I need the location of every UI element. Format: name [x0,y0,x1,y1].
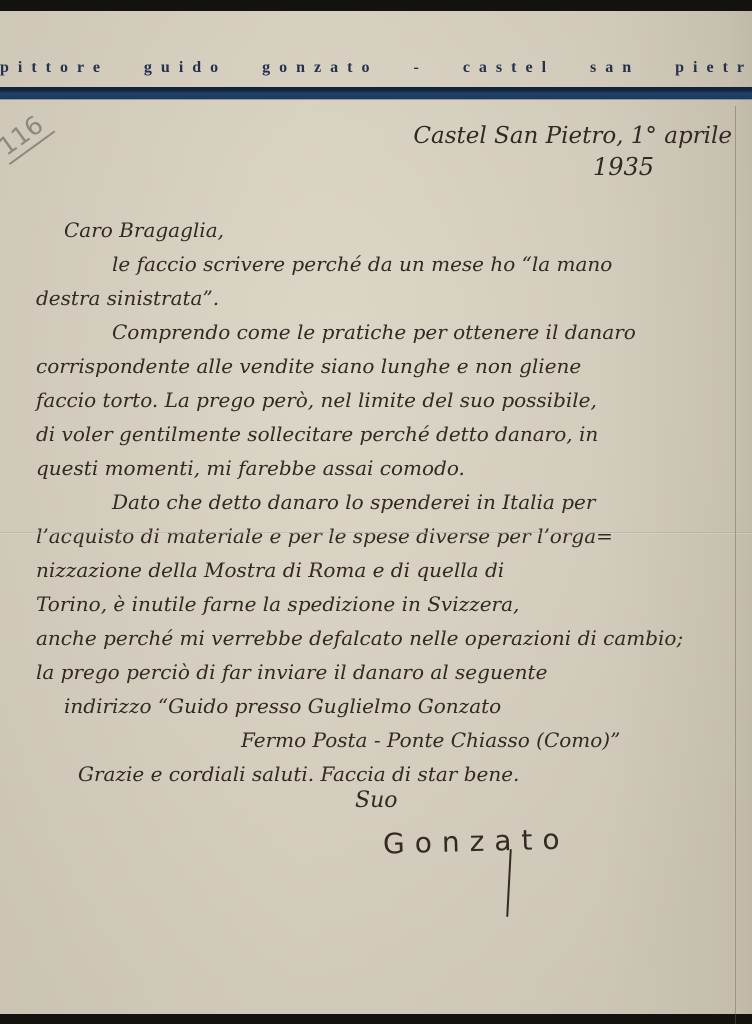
letter-line: anche perché mi verrebbe defalcato nelle… [36,626,742,660]
letter-line: indirizzo “Guido presso Guglielmo Gonzat… [36,694,742,728]
archival-number: 116 [0,106,55,165]
closing-salutation: Suo [355,788,398,813]
letter-line: Comprendo come le pratiche per ottenere … [36,320,742,354]
letter-line: faccio torto. La prego però, nel limite … [36,388,742,422]
letter-body: Caro Bragaglia, le faccio scrivere perch… [36,218,742,796]
right-paper-edge-line [735,106,736,1024]
letter-line: Dato che detto danaro lo spenderei in It… [36,490,742,524]
signature: Gonzato [383,823,570,861]
letter-line: corrispondente alle vendite siano lunghe… [36,354,742,388]
letter-line: di voler gentilmente sollecitare perché … [36,422,742,456]
letter-line: la prego perciò di far inviare il danaro… [36,660,742,694]
dateline: Castel San Pietro, 1° aprile 1935 [413,123,732,181]
scanned-letter-page: { "archival_mark": "116", "letterhead": … [0,0,752,1024]
salutation: Caro Bragaglia, [36,218,742,252]
horizontal-fold-line [0,532,752,534]
signature-flourish [506,849,512,917]
dateline-place-date: Castel San Pietro, 1° aprile [413,123,732,149]
letterhead-rule [0,87,752,99]
letter-line: nizzazione della Mostra di Roma e di que… [36,558,742,592]
dateline-year: 1935 [413,153,732,181]
letter-line: destra sinistrata”. [36,286,742,320]
letter-line: questi momenti, mi farebbe assai comodo. [36,456,742,490]
letter-line: l’acquisto di materiale e per le spese d… [36,524,742,558]
letter-paper: pittore guido gonzato - castel san pietr… [0,11,752,1014]
letter-line: Fermo Posta - Ponte Chiasso (Como)” [36,728,742,762]
letterhead-text: pittore guido gonzato - castel san pietr… [0,59,752,77]
letter-line: Torino, è inutile farne la spedizione in… [36,592,742,626]
letter-line: le faccio scrivere perché da un mese ho … [36,252,742,286]
